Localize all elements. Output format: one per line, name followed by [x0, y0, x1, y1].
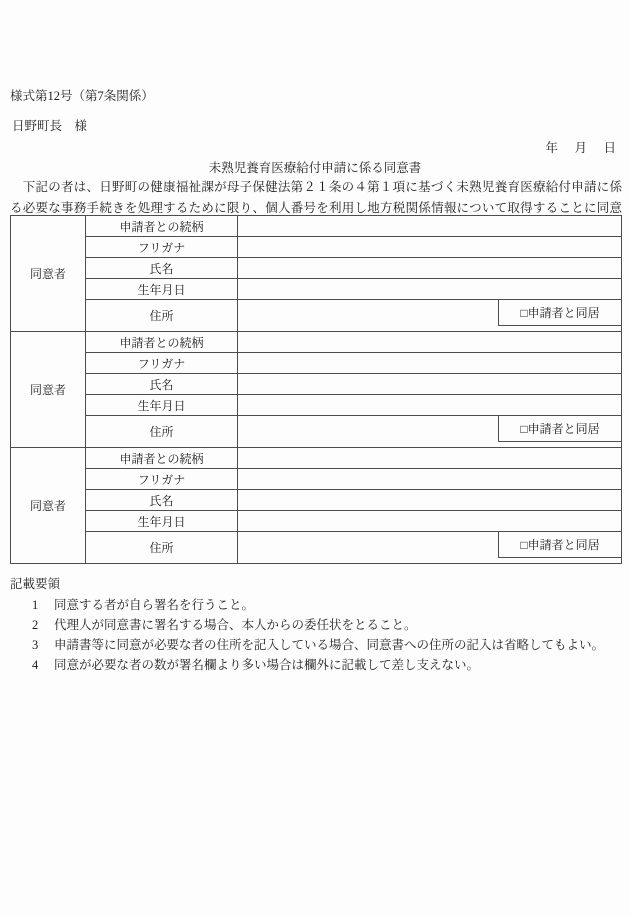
field-value-name: [238, 258, 622, 279]
note-number: 1: [32, 595, 54, 615]
consent-block-2: 同意者 申請者との続柄 フリガナ 氏名 生年月日 住所 □申請者と同居: [11, 332, 622, 448]
notes-heading: 記載要領: [10, 576, 622, 592]
field-value-name: [238, 374, 622, 395]
note-text: 代理人が同意書に署名する場合、本人からの委任状をとること。: [54, 618, 417, 632]
field-value-name: [238, 490, 622, 511]
addressee-line: 日野町長 様: [12, 116, 87, 134]
date-line: 年 月 日: [545, 138, 618, 156]
field-label-address: 住所: [86, 300, 238, 332]
note-text: 同意する者が自ら署名を行うこと。: [54, 598, 254, 612]
consenter-cell: 同意者: [11, 448, 86, 564]
cohabit-checkbox-label: □申請者と同居: [520, 420, 599, 437]
field-label-birthdate: 生年月日: [86, 395, 238, 416]
note-number: 3: [32, 635, 54, 655]
field-label-relationship: 申請者との続柄: [86, 448, 238, 469]
field-label-name: 氏名: [86, 258, 238, 279]
consent-block-1: 同意者 申請者との続柄 フリガナ 氏名 生年月日 住所 □申請者と同居: [11, 216, 622, 332]
field-label-furigana: フリガナ: [86, 469, 238, 490]
field-value-birthdate: [238, 395, 622, 416]
field-value-address: □申請者と同居: [238, 532, 622, 564]
note-item: 3申請書等に同意が必要な者の住所を記入している場合、同意書への住所の記入は省略し…: [10, 635, 622, 655]
field-label-furigana: フリガナ: [86, 353, 238, 374]
cohabit-checkbox-label: □申請者と同居: [520, 304, 599, 321]
consent-block-3: 同意者 申請者との続柄 フリガナ 氏名 生年月日 住所 □申請者と同居: [11, 448, 622, 564]
table-row: 同意者 申請者との続柄: [11, 216, 622, 237]
document-title: 未熟児養育医療給付申請に係る同意書: [0, 158, 630, 176]
cohabit-checkbox-box: □申請者と同居: [498, 416, 621, 442]
field-value-address: □申請者と同居: [238, 300, 622, 332]
field-value-relationship: [238, 448, 622, 469]
field-label-furigana: フリガナ: [86, 237, 238, 258]
field-value-furigana: [238, 469, 622, 490]
notes-section: 記載要領 1同意する者が自ら署名を行うこと。 2代理人が同意書に署名する場合、本…: [10, 576, 622, 675]
table-row: フリガナ: [11, 237, 622, 258]
field-value-relationship: [238, 216, 622, 237]
table-row: 生年月日: [11, 279, 622, 300]
field-value-furigana: [238, 353, 622, 374]
field-label-name: 氏名: [86, 490, 238, 511]
table-row: 住所 □申請者と同居: [11, 416, 622, 448]
field-value-furigana: [238, 237, 622, 258]
note-text: 申請書等に同意が必要な者の住所を記入している場合、同意書への住所の記入は省略して…: [54, 638, 604, 652]
note-item: 1同意する者が自ら署名を行うこと。: [10, 595, 622, 615]
table-row: フリガナ: [11, 469, 622, 490]
field-label-relationship: 申請者との続柄: [86, 332, 238, 353]
note-text: 同意が必要な者の数が署名欄より多い場合は欄外に記載して差し支えない。: [54, 658, 479, 672]
table-row: 生年月日: [11, 395, 622, 416]
field-value-relationship: [238, 332, 622, 353]
field-label-relationship: 申請者との続柄: [86, 216, 238, 237]
document-page: 様式第12号（第7条関係） 日野町長 様 年 月 日 未熟児養育医療給付申請に係…: [0, 0, 630, 915]
note-number: 2: [32, 615, 54, 635]
field-label-birthdate: 生年月日: [86, 279, 238, 300]
note-item: 2代理人が同意書に署名する場合、本人からの委任状をとること。: [10, 615, 622, 635]
field-value-address: □申請者と同居: [238, 416, 622, 448]
field-value-birthdate: [238, 511, 622, 532]
consent-table: 同意者 申請者との続柄 フリガナ 氏名 生年月日 住所 □申請者と同居: [10, 215, 622, 564]
field-label-name: 氏名: [86, 374, 238, 395]
cohabit-checkbox-label: □申請者と同居: [520, 536, 599, 553]
consenter-cell: 同意者: [11, 216, 86, 332]
form-number: 様式第12号（第7条関係）: [10, 86, 154, 104]
table-row: 氏名: [11, 374, 622, 395]
field-value-birthdate: [238, 279, 622, 300]
note-number: 4: [32, 655, 54, 675]
cohabit-checkbox-box: □申請者と同居: [498, 532, 621, 558]
note-item: 4同意が必要な者の数が署名欄より多い場合は欄外に記載して差し支えない。: [10, 655, 622, 675]
cohabit-checkbox-box: □申請者と同居: [498, 300, 621, 326]
table-row: 住所 □申請者と同居: [11, 532, 622, 564]
table-row: 住所 □申請者と同居: [11, 300, 622, 332]
table-row: 同意者 申請者との続柄: [11, 332, 622, 353]
field-label-address: 住所: [86, 532, 238, 564]
table-row: 生年月日: [11, 511, 622, 532]
field-label-address: 住所: [86, 416, 238, 448]
field-label-birthdate: 生年月日: [86, 511, 238, 532]
table-row: 氏名: [11, 258, 622, 279]
table-row: フリガナ: [11, 353, 622, 374]
table-row: 同意者 申請者との続柄: [11, 448, 622, 469]
consenter-cell: 同意者: [11, 332, 86, 448]
table-row: 氏名: [11, 490, 622, 511]
